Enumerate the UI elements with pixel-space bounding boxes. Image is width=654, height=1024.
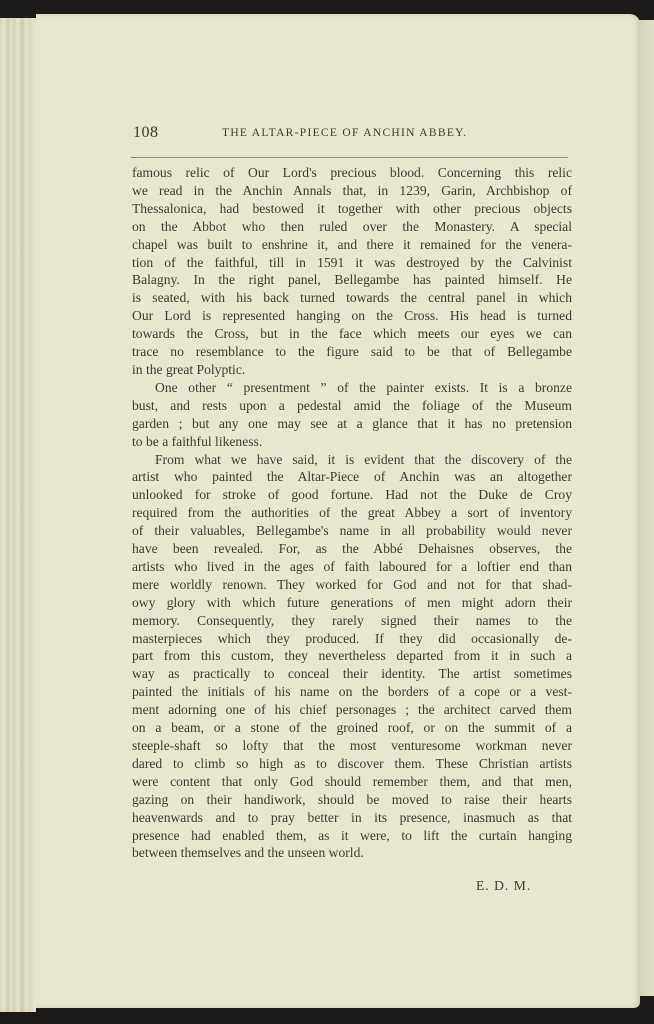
page-edges-right [638, 20, 654, 996]
text-line: dared to climb so high as to discover th… [132, 755, 572, 773]
text-line: to be a faithful likeness. [132, 433, 572, 451]
text-line: Balagny. In the right panel, Bellegambe … [132, 271, 572, 289]
text-line: heavenwards and to pray better in its pr… [132, 809, 572, 827]
text-line: artists who lived in the ages of faith l… [132, 558, 572, 576]
text-line: trace no resemblance to the figure said … [132, 343, 572, 361]
text-line: One other “ presentment ” of the painter… [132, 379, 572, 397]
text-line: chapel was built to enshrine it, and the… [132, 236, 572, 254]
running-title: THE ALTAR-PIECE OF ANCHIN ABBEY. [222, 127, 467, 139]
text-line: famous relic of Our Lord's precious bloo… [132, 164, 572, 182]
text-line: Our Lord is represented hanging on the C… [132, 307, 572, 325]
text-line: steeple-shaft so lofty that the most ven… [132, 737, 572, 755]
text-line: masterpieces which they produced. If the… [132, 630, 572, 648]
text-line: From what we have said, it is evident th… [132, 451, 572, 469]
text-line: have been revealed. For, as the Abbé Deh… [132, 540, 572, 558]
header-rule [131, 157, 568, 158]
paragraph: From what we have said, it is evident th… [132, 451, 572, 863]
text-line: tion of the faithful, till in 1591 it wa… [132, 254, 572, 272]
text-line: towards the Cross, but in the face which… [132, 325, 572, 343]
page-number: 108 [133, 124, 159, 142]
text-line: we read in the Anchin Annals that, in 12… [132, 182, 572, 200]
text-line: required from the authorities of the gre… [132, 504, 572, 522]
text-line: presence had enabled them, as it were, t… [132, 827, 572, 845]
text-line: mere worldly renown. They worked for God… [132, 576, 572, 594]
text-line: Thessalonica, had bestowed it together w… [132, 200, 572, 218]
text-line: on the Abbot who then ruled over the Mon… [132, 218, 572, 236]
text-line: on a beam, or a stone of the groined roo… [132, 719, 572, 737]
text-line: were content that only God should rememb… [132, 773, 572, 791]
paragraph: famous relic of Our Lord's precious bloo… [132, 164, 572, 379]
text-line: painted the initials of his name on the … [132, 683, 572, 701]
running-head: 108 THE ALTAR-PIECE OF ANCHIN ABBEY. [133, 124, 593, 146]
text-line: gazing on their handiwork, should be mov… [132, 791, 572, 809]
book-page: 108 THE ALTAR-PIECE OF ANCHIN ABBEY. fam… [36, 14, 640, 1008]
book-scan: 108 THE ALTAR-PIECE OF ANCHIN ABBEY. fam… [0, 0, 654, 1024]
text-line: of their valuables, Bellegambe's name in… [132, 522, 572, 540]
page-edges-left [0, 18, 36, 1012]
text-line: garden ; but any one may see at a glance… [132, 415, 572, 433]
text-line: ment adorning one of his chief personage… [132, 701, 572, 719]
text-line: bust, and rests upon a pedestal amid the… [132, 397, 572, 415]
text-line: between themselves and the unseen world. [132, 844, 572, 862]
text-line: artist who painted the Altar-Piece of An… [132, 468, 572, 486]
author-initials: E. D. M. [476, 878, 531, 894]
text-line: owy glory with which future generations … [132, 594, 572, 612]
body-text: famous relic of Our Lord's precious bloo… [132, 164, 572, 862]
paragraph: One other “ presentment ” of the painter… [132, 379, 572, 451]
text-line: part from this custom, they nevertheless… [132, 647, 572, 665]
text-line: memory. Consequently, they rarely signed… [132, 612, 572, 630]
text-line: way as practically to conceal their iden… [132, 665, 572, 683]
text-line: is seated, with his back turned towards … [132, 289, 572, 307]
text-line: in the great Polyptic. [132, 361, 572, 379]
text-line: unlooked for stroke of good fortune. Had… [132, 486, 572, 504]
